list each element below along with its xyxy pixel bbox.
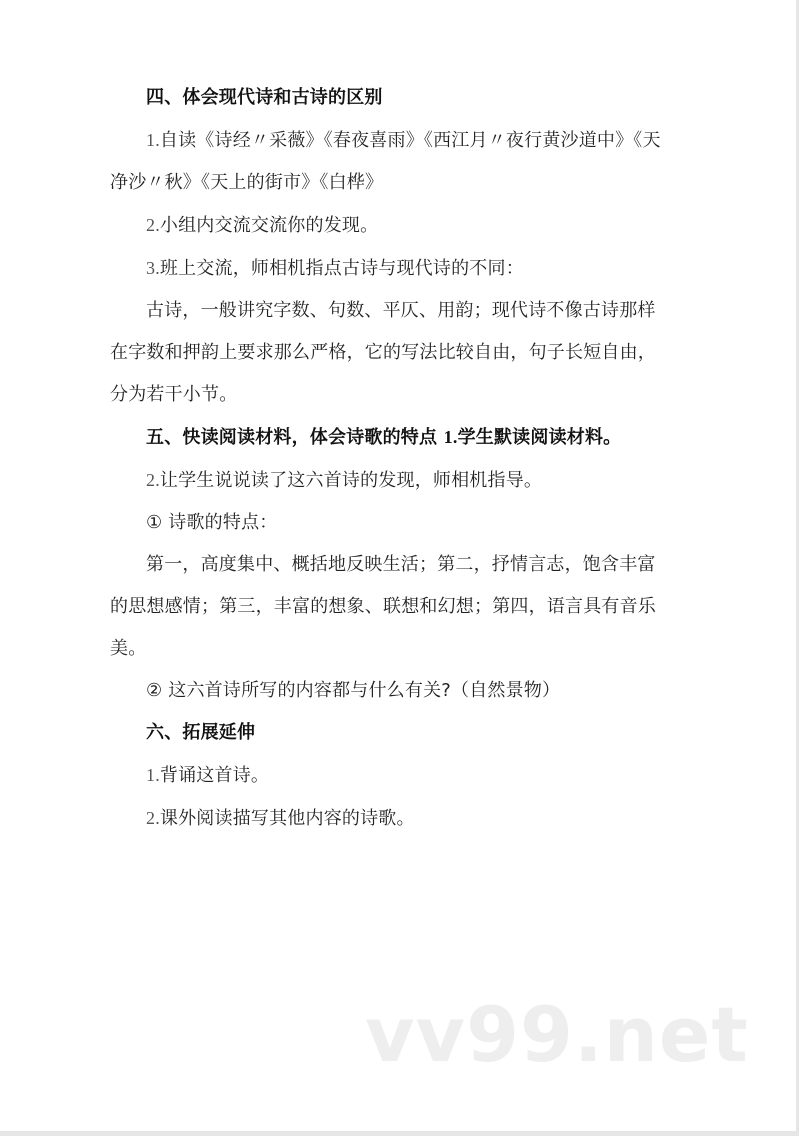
section-heading-5: 五、快读阅读材料，体会诗歌的特点 1.学生默读阅读材料。 (110, 427, 710, 448)
paragraph-4-3: 3.班上交流，师相机指点古诗与现代诗的不同： (110, 258, 710, 279)
item-number: 2. (146, 808, 160, 828)
section-heading-6: 六、拓展延伸 (110, 723, 710, 743)
paragraph-5-features-line-1: 第一，高度集中、概括地反映生活；第二，抒情言志，饱含丰富 (110, 555, 710, 575)
paragraph-4-1-line-1: 1.自读《诗经〃采薇》《春夜喜雨》《西江月〃夜行黄沙道中》《天 (110, 130, 710, 151)
item-number: 2. (146, 470, 160, 490)
document-page: 四、体会现代诗和古诗的区别 1.自读《诗经〃采薇》《春夜喜雨》《西江月〃夜行黄沙… (0, 0, 799, 1136)
paragraph-4-4-line-2: 在字数和押韵上要求那么严格，它的写法比较自由，句子长短自由， (110, 343, 710, 363)
paragraph-5-circle-2: ② 这六首诗所写的内容都与什么有关?（自然景物） (110, 681, 710, 701)
paragraph-5-2: 2.让学生说说读了这六首诗的发现，师相机指导。 (110, 470, 710, 491)
paragraph-6-1: 1.背诵这首诗。 (110, 765, 710, 786)
item-number: 1. (146, 130, 160, 150)
paragraph-4-1-line-2: 净沙〃秋》《天上的街市》《白桦》 (110, 173, 710, 193)
paragraph-4-2: 2.小组内交流交流你的发现。 (110, 215, 710, 236)
paragraph-5-features-line-2: 的思想感情；第三，丰富的想象、联想和幻想；第四，语言具有音乐 (110, 597, 710, 617)
paragraph-6-2: 2.课外阅读描写其他内容的诗歌。 (110, 808, 710, 829)
circled-number: ② (146, 680, 162, 701)
paragraph-4-4-line-3: 分为若干小节。 (110, 385, 710, 405)
item-number: 1. (146, 765, 160, 785)
circled-number: ① (146, 512, 162, 533)
paragraph-4-4-line-1: 古诗，一般讲究字数、句数、平仄、用韵；现代诗不像古诗那样 (110, 301, 710, 321)
section-heading-4: 四、体会现代诗和古诗的区别 (110, 88, 710, 108)
paragraph-5-features-line-3: 美。 (110, 639, 710, 659)
watermark: vv99.net (365, 990, 749, 1079)
document-content: 四、体会现代诗和古诗的区别 1.自读《诗经〃采薇》《春夜喜雨》《西江月〃夜行黄沙… (110, 88, 710, 829)
paragraph-5-circle-1: ① 诗歌的特点： (110, 513, 710, 533)
item-number: 2. (146, 215, 160, 235)
item-number: 3. (146, 258, 160, 278)
item-number: 1. (444, 427, 458, 447)
